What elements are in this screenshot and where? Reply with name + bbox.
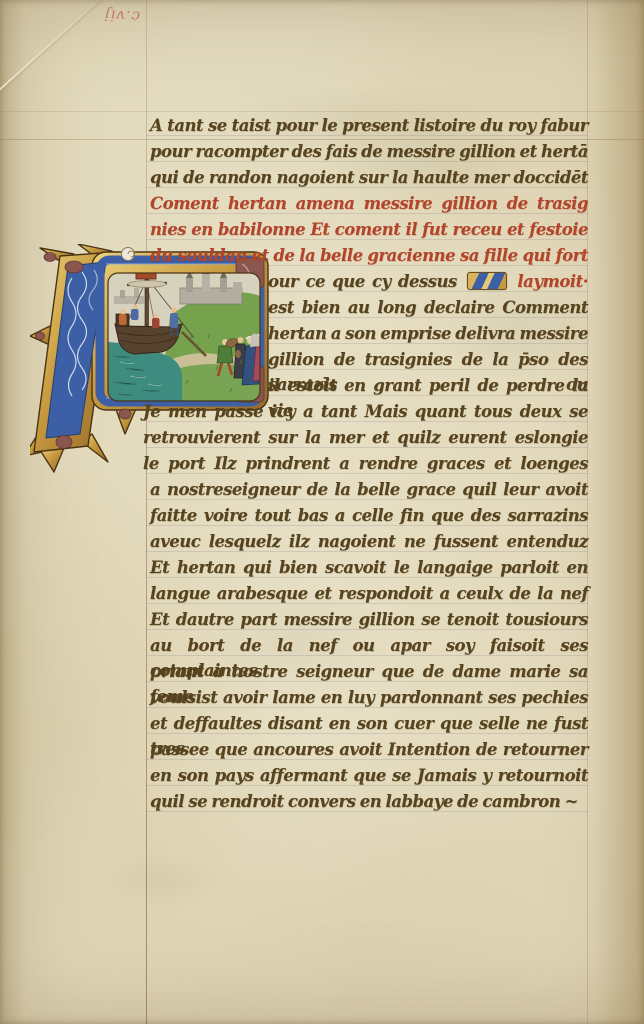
body-text: Je men passe icy a tant Mais quant tous … — [143, 402, 588, 421]
body-text: langue arabesque et respondoit a ceulx d… — [150, 584, 588, 603]
body-text: voulsist avoir lame en luy pardonnant se… — [150, 688, 588, 707]
rubric-text: du souldan et de la belle gracienne sa f… — [150, 246, 588, 265]
text-line-9: hertan a son emprise delivra messire — [268, 321, 588, 347]
body-text: en son pays affermant que se Jamais y re… — [150, 766, 588, 785]
text-line-1: A tant se taist pour le present listoire… — [150, 113, 588, 139]
text-line-26: en son pays affermant que se Jamais y re… — [150, 763, 588, 789]
body-text: est bien au long declaire Comment — [268, 298, 588, 317]
text-line-22: priant a nostre seigneur que de dame mar… — [150, 659, 588, 685]
manuscript-page: c.vij — [0, 0, 644, 1024]
text-line-25: passee que ancoures avoit Intention de r… — [150, 737, 588, 763]
text-line-3: qui de randon nagoient sur la haulte mer… — [150, 165, 588, 191]
rubric-text: Coment hertan amena messire gillion de t… — [150, 194, 588, 213]
text-line-15: a nostreseigneur de la belle grace quil … — [150, 477, 588, 503]
body-text: a nostreseigneur de la belle grace quil … — [150, 480, 588, 499]
text-line-20: Et dautre part messire gillion se tenoit… — [150, 607, 588, 633]
body-text: A tant se taist pour le present listoire… — [150, 116, 588, 135]
rubric-text: laymoit· — [517, 272, 588, 291]
initial-snail-ornament — [122, 248, 135, 261]
text-line-5: nies en babilonne Et coment il fut receu… — [150, 217, 588, 243]
body-text: Et hertan qui bien scavoit le langaige p… — [150, 558, 588, 577]
body-text: quil se rendroit convers en labbaye de c… — [150, 792, 578, 811]
text-line-16: faitte voire tout bas a celle fin que de… — [150, 503, 588, 529]
text-line-6: du souldan et de la belle gracienne sa f… — [150, 243, 588, 269]
text-block: A tant se taist pour le present listoire… — [150, 113, 588, 815]
text-line-23: voulsist avoir lame en luy pardonnant se… — [150, 685, 588, 711]
text-line-19: langue arabesque et respondoit a ceulx d… — [150, 581, 588, 607]
text-line-27: quil se rendroit convers en labbaye de c… — [150, 789, 588, 815]
body-text: our ce que cy dessus — [268, 272, 457, 291]
text-line-24: et deffaultes disant en son cuer que sel… — [150, 711, 588, 737]
ruling-line-horizontal-top — [0, 111, 644, 112]
ruling-line-vertical-left — [146, 0, 147, 1024]
text-line-12: Je men passe icy a tant Mais quant tous … — [143, 399, 588, 425]
body-text: passee que ancoures avoit Intention de r… — [150, 740, 588, 759]
body-text: pour racompter des fais de messire gilli… — [150, 142, 588, 161]
text-line-11: il estoit en grant peril de perdre la vi… — [268, 373, 588, 399]
line-filler-ornament — [467, 272, 507, 290]
text-line-7: our ce que cy dessus laymoit· — [268, 269, 588, 295]
text-line-4: Coment hertan amena messire gillion de t… — [150, 191, 588, 217]
text-line-13: retrouvierent sur la mer et quilz eurent… — [143, 425, 588, 451]
body-text: qui de randon nagoient sur la haulte mer… — [150, 168, 588, 187]
body-text: aveuc lesquelz ilz nagoient ne fussent e… — [150, 532, 588, 551]
rubric-text: nies en babilonne Et coment il fut receu… — [150, 220, 588, 239]
body-text: le port Ilz prindrent a rendre graces et… — [143, 454, 588, 473]
text-line-10: gillion de trasignies de la p̄so des sar… — [268, 347, 588, 373]
text-line-17: aveuc lesquelz ilz nagoient ne fussent e… — [150, 529, 588, 555]
body-text: retrouvierent sur la mer et quilz eurent… — [143, 428, 588, 447]
text-line-14: le port Ilz prindrent a rendre graces et… — [143, 451, 588, 477]
text-line-2: pour racompter des fais de messire gilli… — [150, 139, 588, 165]
text-line-21: au bort de la nef ou apar soy faisoit se… — [150, 633, 588, 659]
text-line-18: Et hertan qui bien scavoit le langaige p… — [150, 555, 588, 581]
body-text: faitte voire tout bas a celle fin que de… — [150, 506, 588, 525]
body-text: hertan a son emprise delivra messire — [268, 324, 588, 343]
text-line-8: est bien au long declaire Comment — [268, 295, 588, 321]
body-text: Et dautre part messire gillion se tenoit… — [150, 610, 588, 629]
folio-quire-mark: c.vij — [68, 4, 141, 26]
